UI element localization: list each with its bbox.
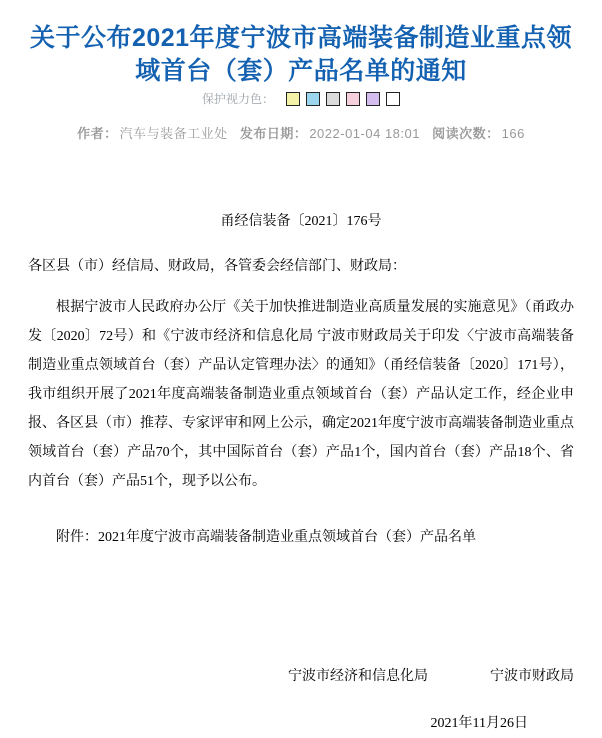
- eye-protect-label: 保护视力色：: [202, 90, 274, 107]
- eye-protect-swatch-yellow[interactable]: [286, 92, 300, 106]
- notice-body: 甬经信装备〔2021〕176号 各区县（市）经信局、财政局，各管委会经信部门、财…: [0, 212, 602, 734]
- sign-date: 2021年11月26日: [28, 714, 574, 734]
- author-label: 作者：: [77, 126, 118, 141]
- notice-page: 关于公布2021年度宁波市高端装备制造业重点领域首台（套）产品名单的通知 保护视…: [0, 0, 602, 738]
- eye-protect-swatch-purple[interactable]: [366, 92, 380, 106]
- salutation: 各区县（市）经信局、财政局，各管委会经信部门、财政局：: [28, 257, 574, 277]
- signer-economy-bureau: 宁波市经济和信息化局: [288, 667, 428, 687]
- eye-protect-swatch-pink[interactable]: [346, 92, 360, 106]
- view-count-label: 阅读次数：: [432, 126, 500, 141]
- eye-protect-swatch-gray[interactable]: [326, 92, 340, 106]
- eye-protect-swatch-white[interactable]: [386, 92, 400, 106]
- attachment-line: 附件：2021年度宁波市高端装备制造业重点领域首台（套）产品名单: [28, 528, 574, 548]
- page-title: 关于公布2021年度宁波市高端装备制造业重点领域首台（套）产品名单的通知: [26, 22, 576, 88]
- eye-protect-swatch-blue[interactable]: [306, 92, 320, 106]
- eye-protect-swatches: [280, 92, 400, 106]
- publish-date-label: 发布日期：: [240, 126, 308, 141]
- view-count-value: 166: [502, 126, 525, 141]
- meta-bar: 作者：汽车与装备工业处 发布日期：2022-01-04 18:01 阅读次数：1…: [0, 123, 602, 142]
- signature-row: 宁波市经济和信息化局 宁波市财政局: [28, 667, 574, 687]
- eye-protect-bar: 保护视力色：: [0, 91, 602, 106]
- doc-number: 甬经信装备〔2021〕176号: [28, 212, 574, 232]
- main-paragraph: 根据宁波市人民政府办公厅《关于加快推进制造业高质量发展的实施意见》（甬政办发〔2…: [28, 293, 574, 496]
- signer-finance-bureau: 宁波市财政局: [490, 667, 574, 687]
- publish-date-value: 2022-01-04 18:01: [309, 126, 420, 141]
- author-value: 汽车与装备工业处: [120, 126, 228, 141]
